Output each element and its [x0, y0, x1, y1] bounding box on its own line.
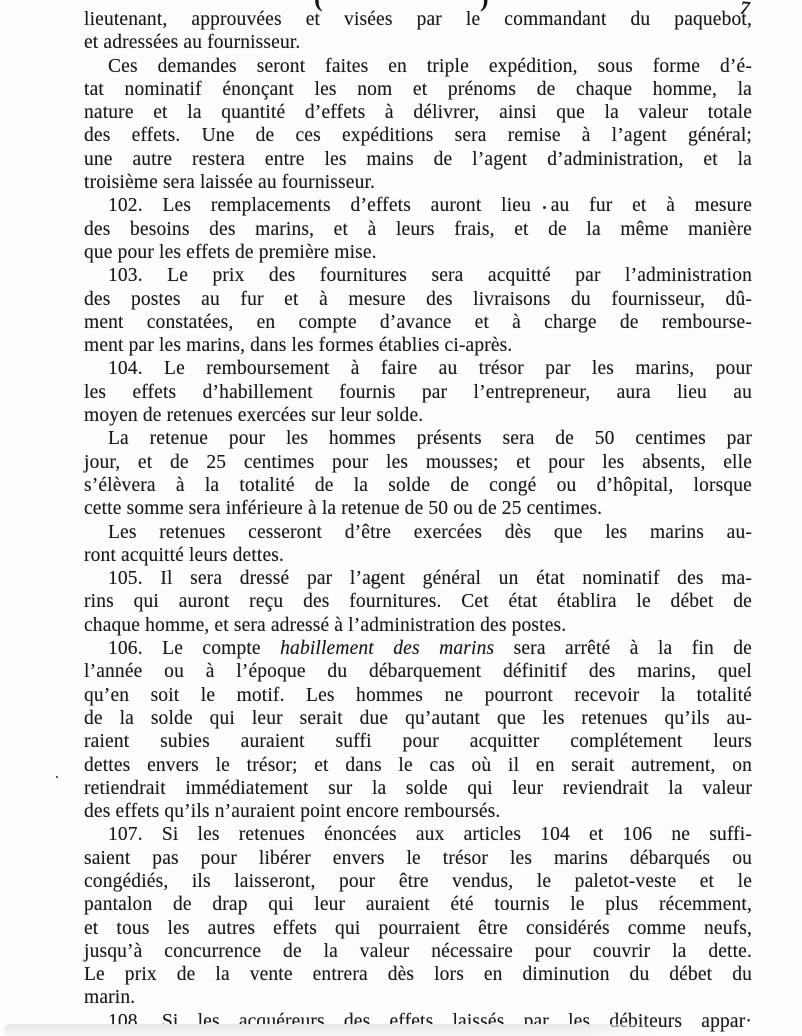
ink-speck: [371, 579, 374, 582]
paragraph: 102. Les remplacements d’effets auront l…: [84, 194, 752, 264]
paragraph: 103. Le prix des fournitures sera acquit…: [84, 264, 752, 357]
text-line: dettes envers le trésor; et dans le cas …: [84, 754, 752, 777]
text-line: chaque homme, et sera adressé à l’admini…: [84, 614, 752, 637]
text-line: 105. Il sera dressé par l’agent général …: [84, 567, 752, 590]
text-line: et adressées au fournisseur.: [84, 31, 752, 54]
text-line: des effets. Une de ces expéditions sera …: [84, 124, 752, 147]
text-line: marin.: [84, 986, 752, 1009]
text-line: 107. Si les retenues énoncées aux articl…: [84, 823, 752, 846]
text-line: nature et la quantité d’effets à délivre…: [84, 101, 752, 124]
text-line: 103. Le prix des fournitures sera acquit…: [84, 264, 752, 287]
text-line: des postes au fur et à mesure des livrai…: [84, 288, 752, 311]
text-line: Ces demandes seront faites en triple exp…: [84, 55, 752, 78]
text-line: des effets qu’ils n’auraient point encor…: [84, 800, 752, 823]
text-line: 102. Les remplacements d’effets auront l…: [84, 194, 752, 217]
text-line: ment constatées, en compte d’avance et à…: [84, 311, 752, 334]
text-line: cette somme sera inférieure à la retenue…: [84, 497, 752, 520]
text-block: lieutenant, approuvées et visées par le …: [84, 8, 752, 1033]
text-line: Les retenues cesseront d’être exercées d…: [84, 521, 752, 544]
text-line: que pour les effets de première mise.: [84, 241, 752, 264]
horizontal-scrollbar-thumb[interactable]: [4, 1024, 662, 1036]
text-line: 106. Le compte habillement des marins se…: [84, 637, 752, 660]
text-line: La retenue pour les hommes présents sera…: [84, 427, 752, 450]
text-line: saient pas pour libérer envers le trésor…: [84, 847, 752, 870]
text-line: ront acquitté leurs dettes.: [84, 544, 752, 567]
text-line: pantalon de drap qui leur auraient été t…: [84, 893, 752, 916]
text-line: raient subies auraient suffi pour acquit…: [84, 730, 752, 753]
text-line: qu’en soit le motif. Les hommes ne pourr…: [84, 684, 752, 707]
text-line: troisième sera laissée au fournisseur.: [84, 171, 752, 194]
text-line: l’année ou à l’époque du débarquement dé…: [84, 660, 752, 683]
text-line: une autre restera entre les mains de l’a…: [84, 148, 752, 171]
paragraph: Les retenues cesseront d’être exercées d…: [84, 521, 752, 568]
ink-speck: [56, 776, 58, 778]
text-line: les effets d’habillement fournis par l’e…: [84, 381, 752, 404]
paragraph: 107. Si les retenues énoncées aux articl…: [84, 823, 752, 1009]
text-line: des besoins des marins, et à leurs frais…: [84, 218, 752, 241]
cutoff-header-right-paren: ): [480, 0, 489, 13]
paragraph: 105. Il sera dressé par l’agent général …: [84, 567, 752, 637]
paragraph: La retenue pour les hommes présents sera…: [84, 427, 752, 520]
printers-corner-mark: 7: [739, 0, 751, 20]
ink-speck: [543, 206, 546, 209]
text-line: congédiés, ils laisseront, pour être ven…: [84, 870, 752, 893]
text-line: s’élèvera à la totalité de la solde de c…: [84, 474, 752, 497]
paragraph: lieutenant, approuvées et visées par le …: [84, 8, 752, 55]
text-line: jour, et de 25 centimes pour les mousses…: [84, 451, 752, 474]
text-line: rins qui auront reçu des fournitures. Ce…: [84, 590, 752, 613]
document-page: ( ) 7 lieutenant, approuvées et visées p…: [0, 0, 802, 1036]
text-line: de la solde qui leur serait due qu’autan…: [84, 707, 752, 730]
text-line: ment par les marins, dans les formes éta…: [84, 334, 752, 357]
text-line: tat nominatif énonçant les nom et prénom…: [84, 78, 752, 101]
cutoff-header-left-paren: (: [314, 0, 323, 13]
paragraph: 104. Le remboursement à faire au trésor …: [84, 357, 752, 427]
text-line: et tous les autres effets qui pourraient…: [84, 917, 752, 940]
text-line: moyen de retenues exercées sur leur sold…: [84, 404, 752, 427]
text-line: retiendrait immédiatement sur la solde q…: [84, 777, 752, 800]
text-line: lieutenant, approuvées et visées par le …: [84, 8, 752, 31]
paragraph: Ces demandes seront faites en triple exp…: [84, 55, 752, 195]
paragraph: 106. Le compte habillement des marins se…: [84, 637, 752, 823]
text-line: jusqu’à concurrence de la valeur nécessa…: [84, 940, 752, 963]
text-line: Le prix de la vente entrera dès lors en …: [84, 963, 752, 986]
text-line: 104. Le remboursement à faire au trésor …: [84, 357, 752, 380]
